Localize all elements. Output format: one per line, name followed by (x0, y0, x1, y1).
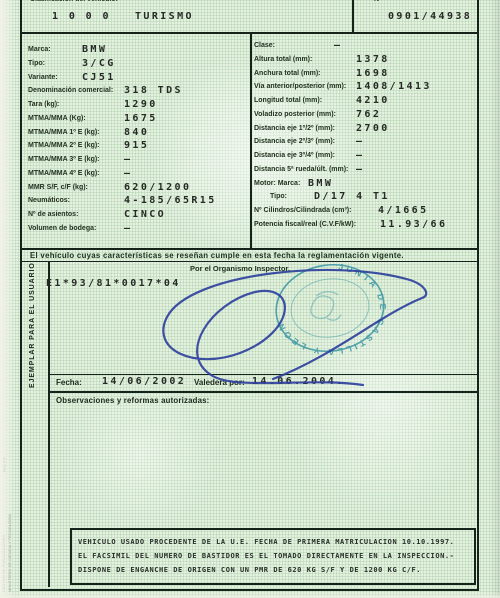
spec-row: Distancia 5ª rueda/últ. (mm):– (254, 164, 480, 178)
spec-value: 1698 (356, 68, 390, 79)
spec-row: Motor: Marca:BMW (254, 178, 480, 192)
spec-label: MMR S/F, c/F (kg): (28, 184, 88, 191)
spec-value: – (124, 154, 132, 165)
spec-label: Vía anterior/posterior (mm): (254, 83, 346, 90)
copy-for-user-label: EJEMPLAR PARA EL USUARIO (29, 262, 36, 388)
spec-row: MMR S/F, c/F (kg):620/1200 (28, 182, 254, 196)
spec-label: Longitud total (mm): (254, 97, 322, 104)
spec-label: Clase: (254, 42, 275, 49)
spec-row: Distancia eje 3º/4º (mm):– (254, 150, 480, 164)
spec-row: Potencia fiscal/real (C.V.F/kW):11.93/66 (254, 219, 480, 233)
scanned-itv-vehicle-card: Clasificación del vehículo: Nº 1 0 0 0 T… (0, 0, 500, 598)
spec-value: 11.93/66 (380, 219, 447, 230)
spec-row: Denominación comercial:318 TDS (28, 85, 254, 99)
certificate-number-label: Nº (374, 0, 386, 3)
spec-label: Anchura total (mm): (254, 70, 321, 77)
spec-value: 4-185/65R15 (124, 195, 217, 206)
spec-value: 1290 (124, 99, 158, 110)
note-line: VEHICULO USADO PROCEDENTE DE LA U.E. FEC… (78, 535, 474, 549)
spec-row: Vía anterior/posterior (mm):1408/1413 (254, 81, 480, 95)
spec-label: MTMA/MMA 1º E (kg): (28, 129, 100, 136)
spec-label: MTMA/MMA 2º E (kg): (28, 142, 100, 149)
spec-row: Neumáticos:4-185/65R15 (28, 195, 254, 209)
spec-label: MTMA/MMA 4º E (kg): (28, 170, 100, 177)
observations-label: Observaciones y reformas autorizadas: (56, 396, 209, 405)
spec-label: Motor: Marca: (254, 180, 300, 187)
spec-value: 4/1665 (378, 205, 429, 216)
spec-label: Marca: (28, 46, 51, 53)
spec-label: Variante: (28, 74, 58, 81)
spec-label: Distancia 5ª rueda/últ. (mm): (254, 166, 348, 173)
spec-label: Nº Cilindros/Cilindrada (cm³): (254, 207, 351, 214)
classification-label: Clasificación del vehículo: (30, 0, 118, 3)
spec-row: Clase:– (254, 40, 480, 54)
spec-row: Tipo:D/17 4 T1 (254, 191, 480, 205)
divider-line (48, 261, 50, 587)
specs-left-column: Marca:BMWTipo:3/CGVariante:CJ51Denominac… (28, 44, 254, 237)
spec-value: – (356, 150, 364, 161)
spec-value: – (124, 168, 132, 179)
spec-row: MTMA/MMA 4º E (kg):– (28, 168, 254, 182)
spec-value: – (334, 40, 342, 51)
spec-label: Distancia eje 3º/4º (mm): (254, 152, 335, 159)
note-line: DISPONE DE ENGANCHE DE ORIGEN CON UN PMR… (78, 563, 474, 577)
spec-label: Volumen de bodega: (28, 225, 96, 232)
spec-row: Distancia eje 2º/3º (mm):– (254, 136, 480, 150)
spec-value: BMW (308, 178, 333, 189)
spec-value: 915 (124, 140, 149, 151)
spec-value: 4210 (356, 95, 390, 106)
spec-label: Voladizo posterior (mm): (254, 111, 336, 118)
classification-code: 1 0 0 0 (52, 11, 111, 22)
spec-row: Distancia eje 1º/2º (mm):2700 (254, 123, 480, 137)
spec-row: Tipo:3/CG (28, 58, 254, 72)
spec-value: – (124, 223, 132, 234)
scan-edge (0, 0, 16, 598)
divider-line (352, 0, 354, 32)
spec-value: 318 TDS (124, 85, 183, 96)
spec-value: 620/1200 (124, 182, 191, 193)
spec-value: 1378 (356, 54, 390, 65)
spec-row: Voladizo posterior (mm):762 (254, 109, 480, 123)
spec-label: Distancia eje 1º/2º (mm): (254, 125, 335, 132)
spec-row: Altura total (mm):1378 (254, 54, 480, 68)
spec-value: 762 (356, 109, 381, 120)
spec-label: Potencia fiscal/real (C.V.F/kW): (254, 221, 356, 228)
divider-line (22, 248, 477, 250)
scan-edge (0, 592, 500, 598)
spec-value: CJ51 (82, 72, 116, 83)
spec-row: MTMA/MMA 3º E (kg):– (28, 154, 254, 168)
vehicle-class-value: TURISMO (135, 11, 194, 22)
spec-row: MTMA/MMA 2º E (kg):915 (28, 140, 254, 154)
spec-value: 1408/1413 (356, 81, 432, 92)
spec-label: Nº de asientos: (28, 211, 78, 218)
spec-row: Marca:BMW (28, 44, 254, 58)
spec-row: Nº de asientos:CINCO (28, 209, 254, 223)
spec-label: Tipo: (28, 60, 45, 67)
typed-notes-box: VEHICULO USADO PROCEDENTE DE LA U.E. FEC… (70, 528, 476, 585)
spec-label: Distancia eje 2º/3º (mm): (254, 138, 335, 145)
spec-row: Nº Cilindros/Cilindrada (cm³):4/1665 (254, 205, 480, 219)
spec-label: Tipo: (270, 193, 287, 200)
spec-label: MTMA/MMA (Kg): (28, 115, 86, 122)
spec-label: Neumáticos: (28, 197, 70, 204)
spec-label: MTMA/MMA 3º E (kg): (28, 156, 100, 163)
spec-row: Tara (kg):1290 (28, 99, 254, 113)
spec-label: Altura total (mm): (254, 56, 312, 63)
note-line: EL FACSIMIL DEL NUMERO DE BASTIDOR ES EL… (78, 549, 474, 563)
spec-value: 1675 (124, 113, 158, 124)
certificate-number-value: 0901/44938 (388, 11, 472, 22)
spec-value: – (356, 164, 364, 175)
spec-row: Volumen de bodega:– (28, 223, 254, 237)
spec-value: 3/CG (82, 58, 116, 69)
spec-row: Longitud total (mm):4210 (254, 95, 480, 109)
fecha-label: Fecha: (56, 378, 82, 387)
spec-value: 2700 (356, 123, 390, 134)
spec-row: Variante:CJ51 (28, 72, 254, 86)
spec-value: BMW (82, 44, 107, 55)
specs-right-column: Clase:–Altura total (mm):1378Anchura tot… (254, 40, 480, 233)
spec-value: D/17 4 T1 (314, 191, 390, 202)
spec-value: – (356, 136, 364, 147)
scan-edge (490, 0, 500, 598)
inspector-signature (135, 255, 445, 395)
spec-label: Tara (kg): (28, 101, 59, 108)
spec-row: MTMA/MMA (Kg):1675 (28, 113, 254, 127)
spec-label: Denominación comercial: (28, 87, 113, 94)
spec-value: CINCO (124, 209, 166, 220)
spec-value: 840 (124, 127, 149, 138)
spec-row: Anchura total (mm):1698 (254, 68, 480, 82)
spec-row: MTMA/MMA 1º E (kg):840 (28, 127, 254, 141)
